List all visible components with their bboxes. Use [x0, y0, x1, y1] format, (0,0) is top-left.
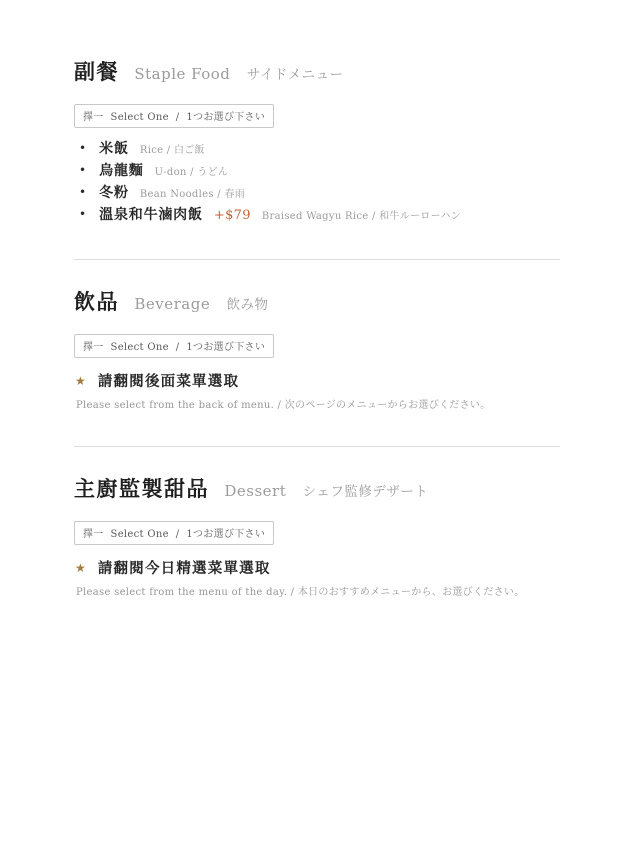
- section-title-ja: サイドメニュー: [247, 67, 344, 83]
- item-name: 冬粉: [99, 185, 129, 201]
- item-name: 米飯: [99, 141, 129, 157]
- select-one-badge: 擇一 Select One / 1つお選び下さい: [74, 334, 274, 358]
- section-header: 飲品 Beverage 飲み物: [74, 288, 560, 318]
- section-header: 副餐 Staple Food サイドメニュー: [74, 58, 560, 88]
- section-title-en: Dessert: [224, 482, 286, 500]
- item-detail: Rice / 白ご飯: [140, 145, 205, 156]
- section-divider: [74, 259, 560, 260]
- section-header: 主廚監製甜品 Dessert シェフ監修デザート: [74, 475, 560, 505]
- menu-page: 副餐 Staple Food サイドメニュー 擇一 Select One / 1…: [0, 0, 634, 598]
- section-divider: [74, 446, 560, 447]
- select-one-badge: 擇一 Select One / 1つお選び下さい: [74, 521, 274, 545]
- section-title-ja: シェフ監修デザート: [303, 484, 429, 500]
- section-title-zh: 主廚監製甜品: [74, 476, 209, 501]
- section-title-zh: 副餐: [74, 59, 119, 84]
- menu-item-wagyu-rice: • 溫泉和牛滷肉飯 +$79 Braised Wagyu Rice / 和牛ルー…: [79, 207, 560, 224]
- note-text: 請翻閱今日精選菜單選取: [98, 560, 271, 577]
- section-title-zh: 飲品: [74, 289, 119, 314]
- section-title-ja: 飲み物: [227, 297, 269, 313]
- section-title-en: Beverage: [134, 295, 210, 313]
- note-text: 請翻閱後面菜單選取: [98, 373, 239, 390]
- item-detail: U-don / うどん: [155, 167, 229, 178]
- item-detail: Bean Noodles / 春雨: [140, 189, 245, 200]
- section-dessert: 主廚監製甜品 Dessert シェフ監修デザート 擇一 Select One /…: [74, 475, 560, 598]
- section-note: ★ 請翻閱後面菜單選取: [75, 371, 560, 392]
- star-icon: ★: [75, 374, 86, 388]
- menu-item-bean-noodles: • 冬粉 Bean Noodles / 春雨: [79, 185, 560, 202]
- select-one-badge: 擇一 Select One / 1つお選び下さい: [74, 104, 274, 128]
- star-icon: ★: [75, 561, 86, 575]
- section-beverage: 飲品 Beverage 飲み物 擇一 Select One / 1つお選び下さい…: [74, 288, 560, 411]
- section-title-en: Staple Food: [134, 65, 230, 83]
- note-detail: Please select from the menu of the day. …: [76, 583, 560, 598]
- item-price: +$79: [214, 208, 251, 223]
- note-detail: Please select from the back of menu. / 次…: [76, 396, 560, 411]
- menu-item-list: • 米飯 Rice / 白ご飯 • 烏龍麵 U-don / うどん • 冬粉 B…: [74, 141, 560, 224]
- item-name: 烏龍麵: [99, 163, 143, 179]
- item-detail: Braised Wagyu Rice / 和牛ルーローハン: [262, 211, 461, 222]
- menu-item-udon: • 烏龍麵 U-don / うどん: [79, 163, 560, 180]
- bullet-icon: •: [79, 163, 86, 177]
- item-name: 溫泉和牛滷肉飯: [99, 207, 203, 223]
- bullet-icon: •: [79, 141, 86, 155]
- section-note: ★ 請翻閱今日精選菜單選取: [75, 558, 560, 579]
- menu-item-rice: • 米飯 Rice / 白ご飯: [79, 141, 560, 158]
- bullet-icon: •: [79, 207, 86, 221]
- section-staple-food: 副餐 Staple Food サイドメニュー 擇一 Select One / 1…: [74, 58, 560, 224]
- bullet-icon: •: [79, 185, 86, 199]
